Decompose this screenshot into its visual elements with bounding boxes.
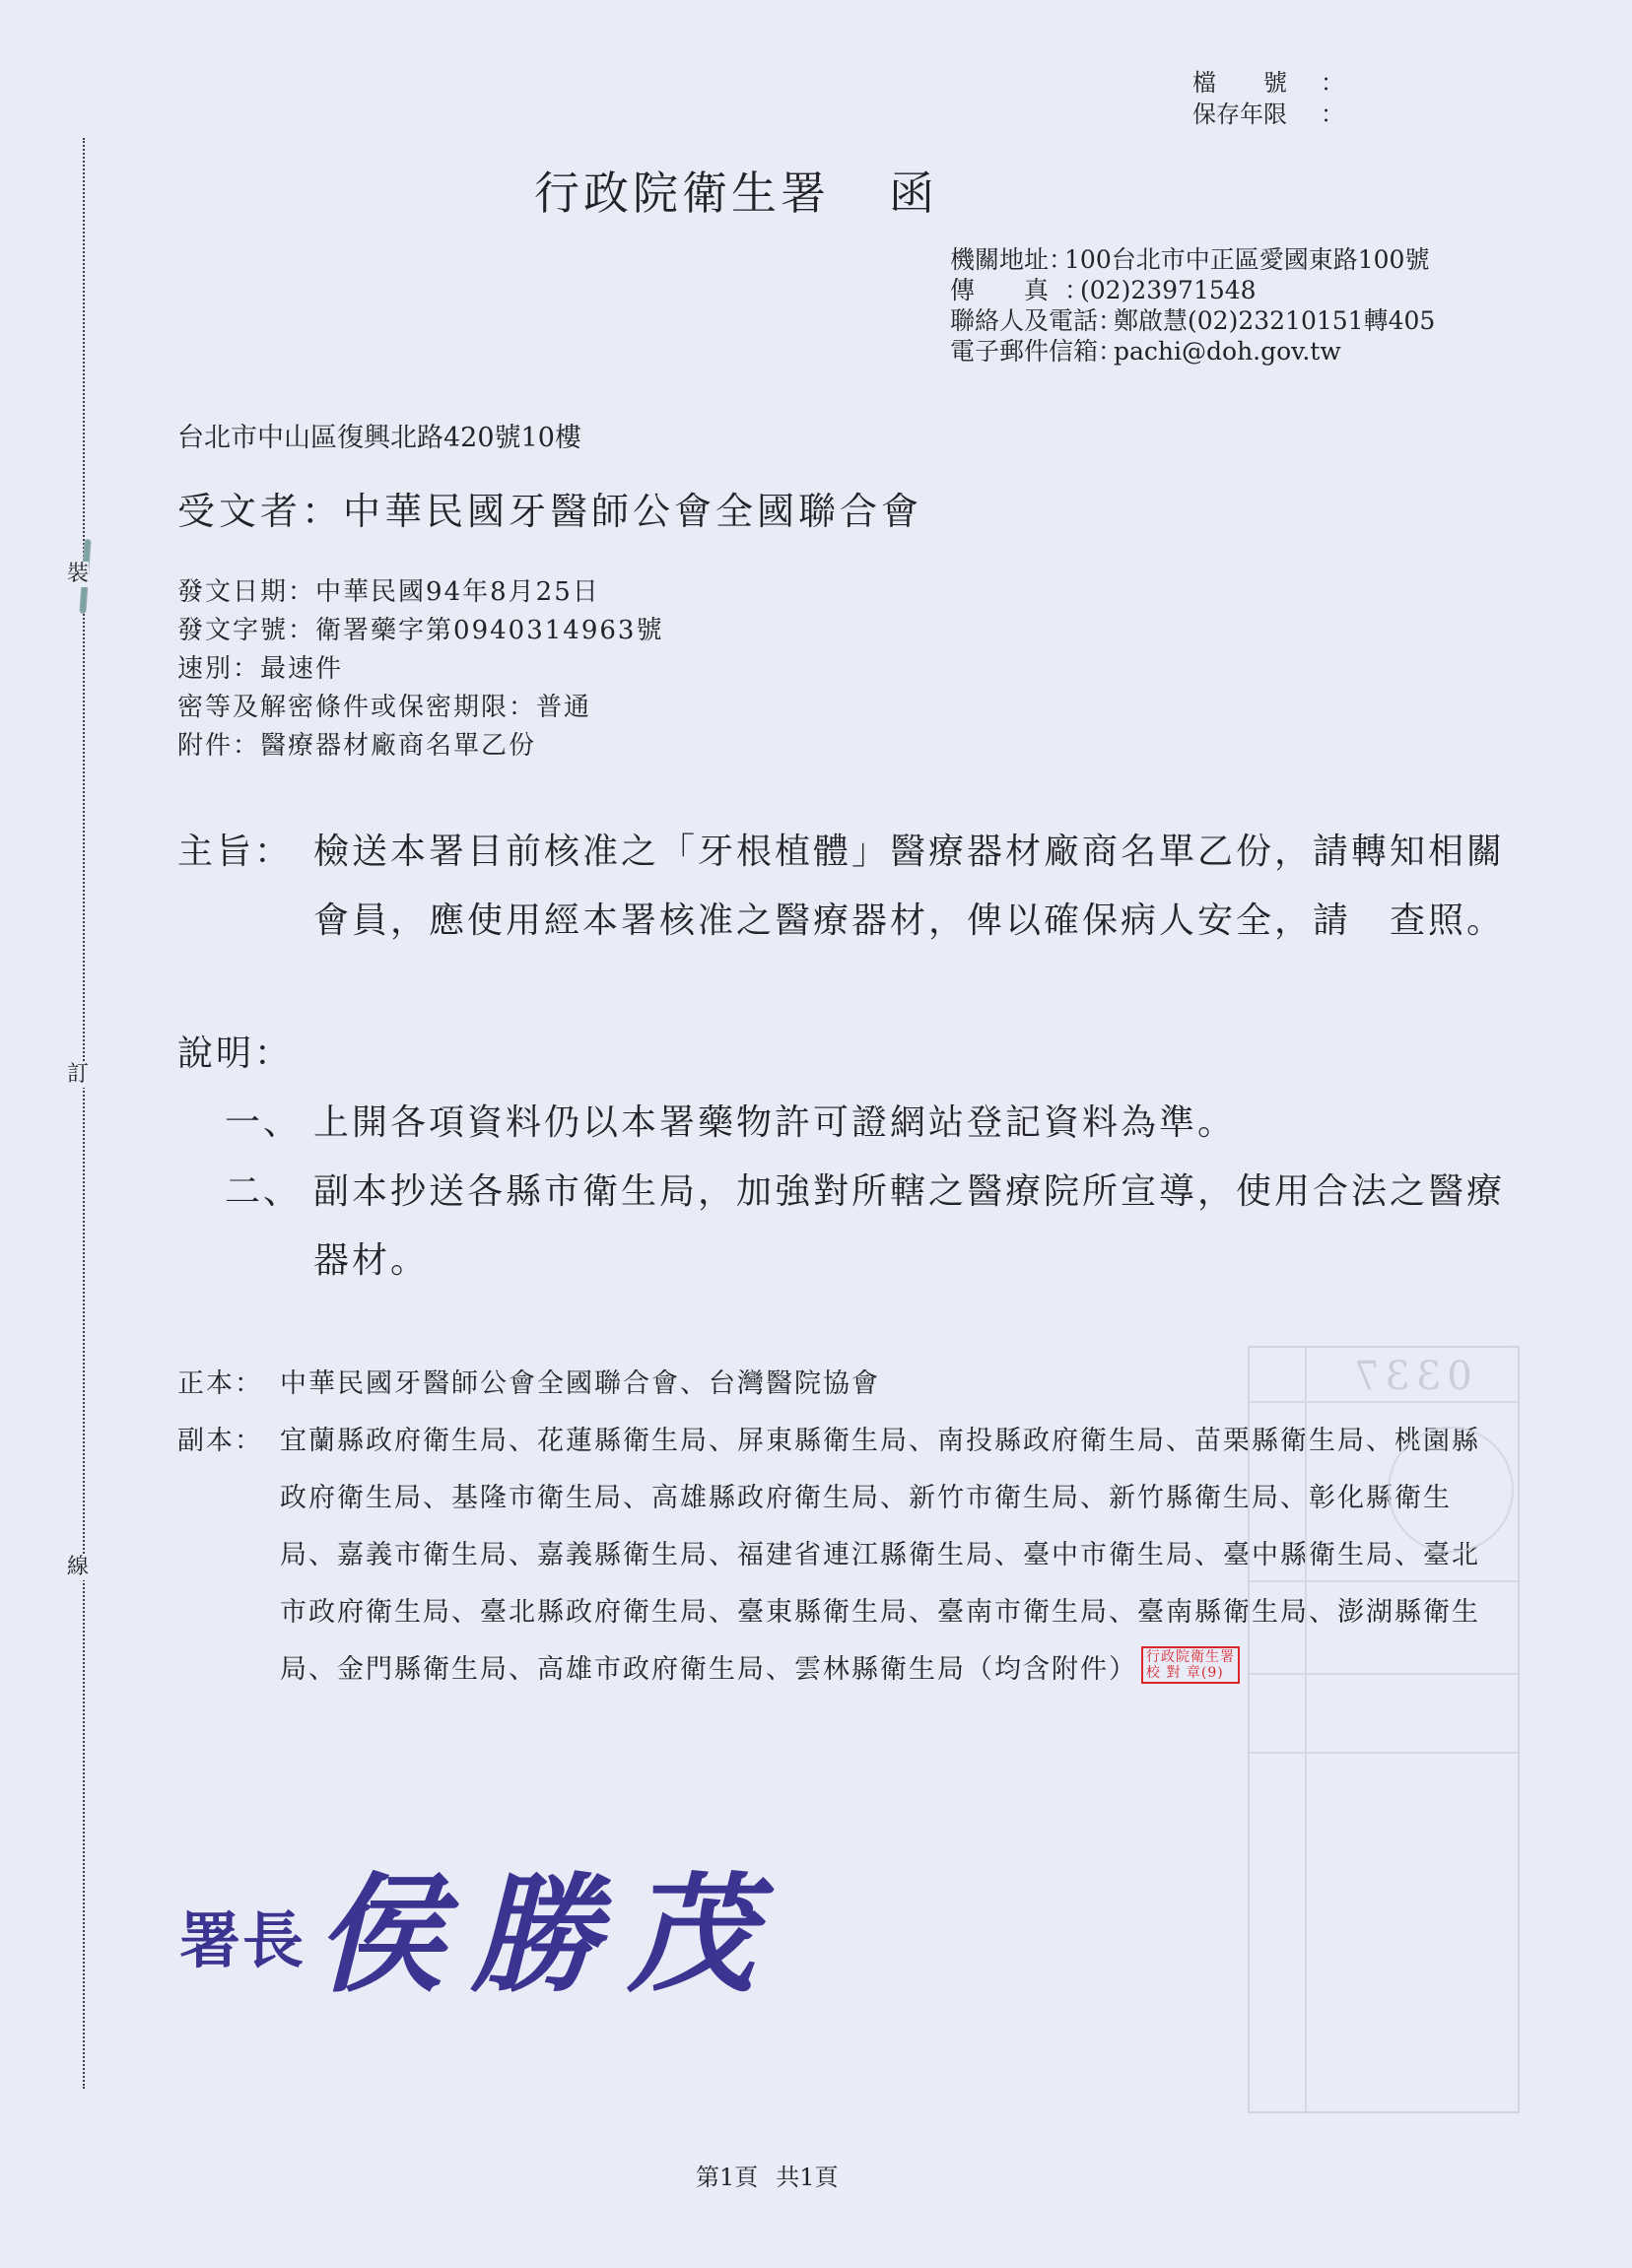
agency-contact: 鄭啟慧(02)23210151轉405 — [1114, 305, 1435, 336]
explanation-item-text: 上開各項資料仍以本署藥物許可證網站登記資料為準。 — [313, 1089, 1518, 1158]
priority: 最速件 — [260, 654, 343, 684]
recipient-address: 台北市中山區復興北路420號10樓 — [177, 416, 581, 454]
subject-text: 檢送本署目前核准之「牙根植體」醫療器材廠商名單乙份，請轉知相關會員，應使用經本署… — [313, 818, 1508, 956]
explanation-item-number: 二、 — [225, 1158, 302, 1227]
page-total: 共1頁 — [776, 2164, 838, 2191]
issue-date-label: 發文日期 — [177, 577, 288, 607]
explanation-section: 說明： 一、 上開各項資料仍以本署藥物許可證網站登記資料為準。 二、 副本抄送各… — [177, 1020, 1518, 1296]
attachment-label: 附件 — [177, 731, 233, 761]
recipient-line: 受文者：中華民國牙醫師公會全國聯合會 — [177, 481, 922, 535]
agency-name: 行政院衛生署 — [534, 167, 830, 220]
issue-date-row: 發文日期：中華民國94年8月25日 — [177, 573, 663, 612]
stamp-divider — [1250, 1673, 1518, 1675]
page-number: 第1頁 — [696, 2164, 758, 2191]
subject-section: 主旨： 檢送本署目前核准之「牙根植體」醫療器材廠商名單乙份，請轉知相關會員，應使… — [177, 818, 1508, 956]
explanation-item: 一、 上開各項資料仍以本署藥物許可證網站登記資料為準。 — [225, 1089, 1518, 1158]
contact-label: 聯絡人及電話 — [950, 305, 1098, 336]
document-title: 行政院衛生署函 — [534, 158, 938, 223]
email-label: 電子郵件信箱 — [950, 336, 1098, 367]
issue-date: 中華民國94年8月25日 — [315, 577, 600, 607]
signature-title: 署長 — [179, 1904, 306, 1976]
recipient-label: 受文者 — [177, 490, 302, 533]
explanation-item-number: 一、 — [225, 1089, 302, 1158]
address-label: 機關地址 — [950, 244, 1049, 275]
security-label: 密等及解密條件或保密期限 — [177, 693, 509, 722]
copy-label: 副本： — [177, 1413, 263, 1470]
agency-fax: (02)23971548 — [1080, 275, 1257, 305]
explanation-item-text: 副本抄送各縣市衛生局，加強對所轄之醫療院所宣導，使用合法之醫療器材。 — [313, 1158, 1518, 1296]
stamp-circle — [1388, 1427, 1514, 1553]
file-number-label: 檔 號 — [1192, 67, 1321, 99]
stamp-divider — [1250, 1401, 1518, 1403]
stamp-divider — [1250, 1580, 1518, 1582]
stamp-divider — [1250, 1752, 1518, 1754]
reference-number: 衛署藥字第0940314963號 — [315, 616, 663, 645]
director-signature: 署長侯勝茂 — [179, 1833, 782, 2017]
binding-line — [83, 138, 85, 2089]
reference-number-label: 發文字號 — [177, 616, 288, 645]
stamp-column — [1250, 1348, 1307, 2111]
stamp-number: 0337 — [1348, 1354, 1472, 1399]
signature-name: 侯勝茂 — [315, 1859, 782, 2010]
security-row: 密等及解密條件或保密期限：普通 — [177, 689, 663, 727]
binding-char-zhuang: 裝 — [67, 562, 89, 587]
priority-label: 速別 — [177, 654, 233, 684]
proofreading-seal: 行政院衛生署校 對 章(9) — [1141, 1646, 1240, 1684]
attachment-row: 附件：醫療器材廠商名單乙份 — [177, 727, 663, 766]
explanation-label: 說明： — [177, 1020, 1518, 1089]
reference-number-row: 發文字號：衛署藥字第0940314963號 — [177, 612, 663, 650]
subject-label: 主旨： — [177, 818, 293, 887]
retention-label: 保存年限 — [1192, 99, 1321, 130]
document-meta: 發文日期：中華民國94年8月25日 發文字號：衛署藥字第0940314963號 … — [177, 573, 663, 766]
seal-line-2: 校 對 章(9) — [1146, 1665, 1235, 1681]
archive-info: 檔 號： 保存年限： — [1192, 67, 1344, 130]
agency-email: pachi@doh.gov.tw — [1114, 336, 1341, 367]
agency-address: 100台北市中正區愛國東路100號 — [1064, 244, 1429, 275]
page-footer: 第1頁共1頁 — [696, 2158, 839, 2192]
fax-label: 傳 真 — [950, 275, 1064, 305]
seal-line-1: 行政院衛生署 — [1146, 1649, 1235, 1665]
binding-char-xian: 線 — [67, 1555, 89, 1580]
agency-contact-info: 機關地址： 100台北市中正區愛國東路100號 傳 真： (02)2397154… — [950, 244, 1435, 367]
document-type: 函 — [889, 167, 938, 220]
receipt-stamp: 0337 — [1248, 1346, 1520, 2113]
priority-row: 速別：最速件 — [177, 650, 663, 689]
binding-char-ding: 訂 — [67, 1062, 89, 1088]
original-label: 正本： — [177, 1356, 263, 1413]
explanation-item: 二、 副本抄送各縣市衛生局，加強對所轄之醫療院所宣導，使用合法之醫療器材。 — [225, 1158, 1518, 1296]
attachment: 醫療器材廠商名單乙份 — [260, 731, 536, 761]
security-level: 普通 — [536, 693, 591, 722]
recipient-name: 中華民國牙醫師公會全國聯合會 — [343, 490, 922, 533]
